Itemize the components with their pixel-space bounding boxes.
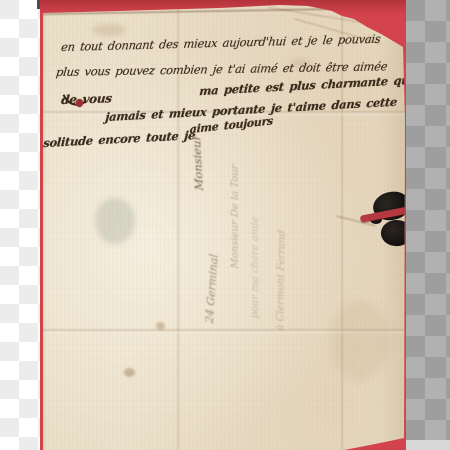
transparency-checker-left: [0, 0, 40, 450]
bleedthrough-text: Monsieur De la Tour: [230, 164, 241, 269]
gray-stain: [95, 198, 135, 244]
age-smudge: [330, 300, 390, 380]
wax-trace-dot: [76, 99, 83, 107]
letter-photo: en tout donnant des mieux aujourd'hui et…: [0, 0, 450, 450]
letter-paper: en tout donnant des mieux aujourd'hui et…: [40, 0, 406, 450]
transparency-checker-light-cell: [404, 440, 450, 450]
age-smudge: [92, 24, 126, 36]
bleedthrough-text: à Clermont Ferrand: [275, 229, 288, 331]
foxing-spot: [124, 368, 135, 377]
foxing-spot: [156, 322, 165, 330]
bleedthrough-text: pour ma chère amie: [250, 216, 261, 319]
bleedthrough-text: Monsieur: [189, 135, 206, 191]
transparency-checker-right: [404, 0, 450, 450]
